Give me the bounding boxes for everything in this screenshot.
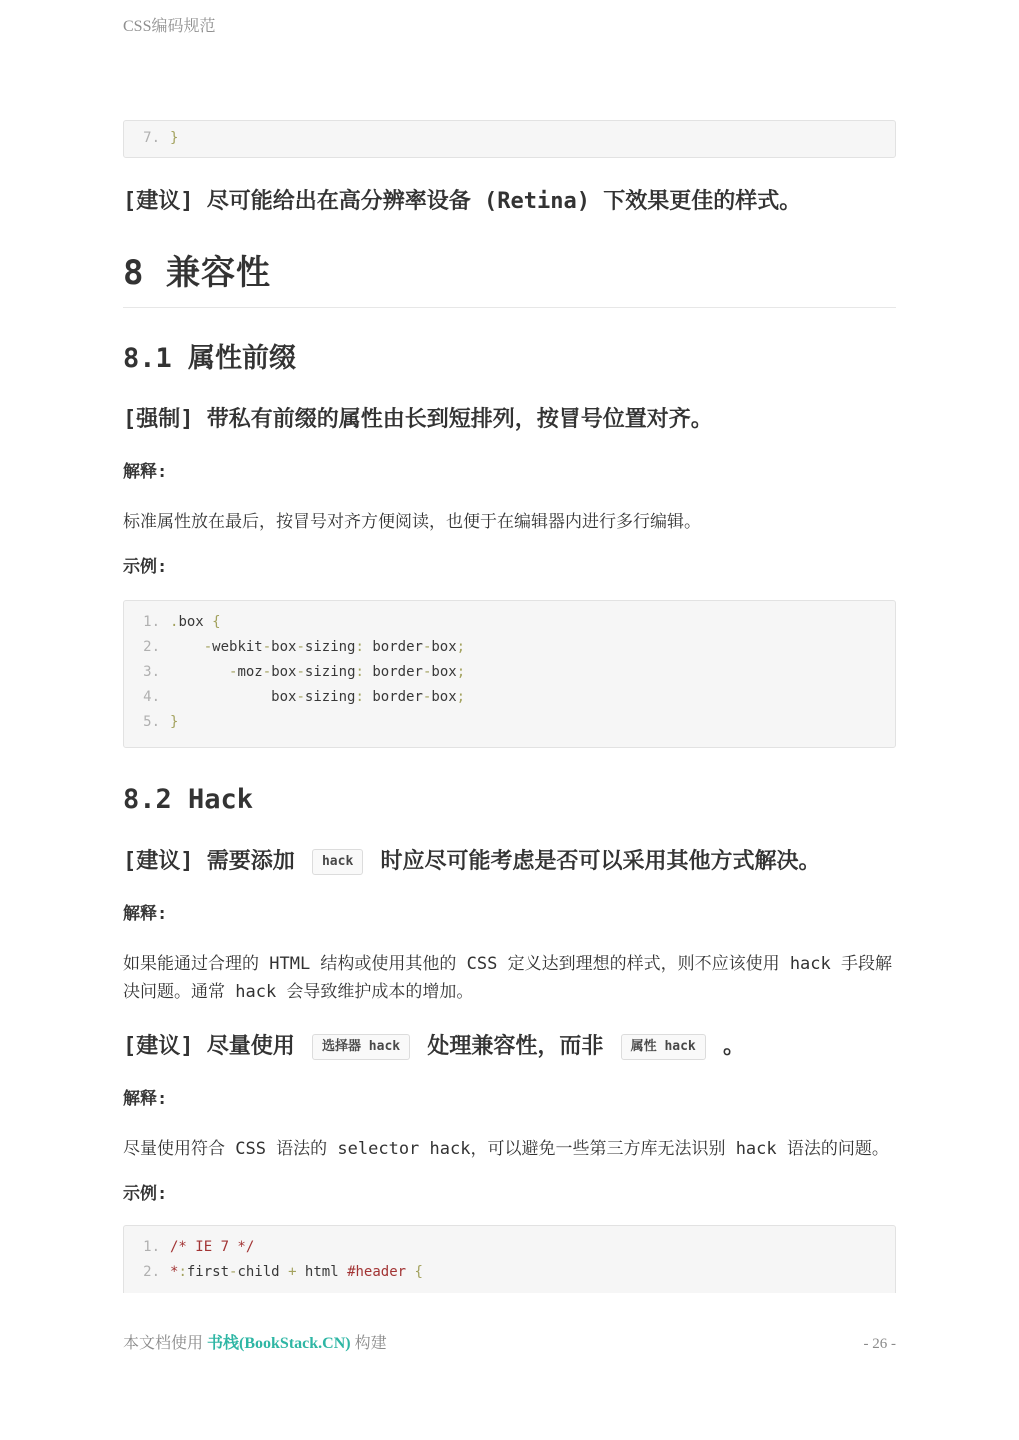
section-heading-prefix: 8.1 属性前缀: [123, 344, 896, 373]
rule-heading-retina: [建议] 尽可能给出在高分辨率设备 (Retina) 下效果更佳的样式。: [123, 188, 896, 216]
page-number: - 26 -: [864, 1336, 897, 1353]
line-number: 7.: [136, 126, 160, 151]
footer-build-note: 本文档使用 书栈(BookStack.CN) 构建: [123, 1330, 387, 1353]
inline-code-badge: 选择器 hack: [312, 1034, 410, 1060]
example-label: 示例:: [123, 556, 896, 578]
code-line: 5.}: [136, 710, 883, 735]
code-text: }: [170, 714, 178, 730]
rule-heading-hack: [建议] 需要添加 hack 时应尽可能考虑是否可以采用其他方式解决。: [123, 848, 896, 876]
chapter-heading: 8 兼容性: [123, 254, 896, 308]
code-line: 1./* IE 7 */: [136, 1235, 883, 1260]
line-number: 2.: [136, 635, 160, 660]
document-page: CSS编码规范 7.} [建议] 尽可能给出在高分辨率设备 (Retina) 下…: [0, 0, 1019, 1440]
rule-text: 。: [710, 1034, 745, 1059]
document-content: 7.} [建议] 尽可能给出在高分辨率设备 (Retina) 下效果更佳的样式。…: [123, 0, 896, 1293]
code-line: 1..box {: [136, 610, 883, 635]
code-text: .box {: [170, 614, 221, 630]
rule-heading-selector-hack: [建议] 尽量使用 选择器 hack 处理兼容性，而非 属性 hack 。: [123, 1033, 896, 1061]
explain-label: 解释:: [123, 903, 896, 925]
line-number: 1.: [136, 1235, 160, 1260]
code-text: }: [170, 130, 178, 146]
footer-text: 构建: [351, 1335, 387, 1352]
code-text: box-sizing: border-box;: [170, 689, 465, 705]
paragraph-selector-explain: 尽量使用符合 CSS 语法的 selector hack，可以避免一些第三方库无…: [123, 1135, 896, 1163]
code-line: 2. -webkit-box-sizing: border-box;: [136, 635, 883, 660]
line-number: 2.: [136, 1260, 160, 1285]
rule-text: [建议] 需要添加: [123, 849, 308, 874]
code-text: /* IE 7 */: [170, 1239, 254, 1255]
code-line: 7.}: [136, 126, 883, 151]
code-text: -moz-box-sizing: border-box;: [170, 664, 465, 680]
footer-text: 本文档使用: [123, 1335, 207, 1352]
line-number: 5.: [136, 710, 160, 735]
example-label: 示例:: [123, 1183, 896, 1205]
code-block-ie-hack: 1./* IE 7 */2.*:first-child + html #head…: [123, 1225, 896, 1293]
code-block-box-sizing: 1..box {2. -webkit-box-sizing: border-bo…: [123, 600, 896, 748]
bookstack-link[interactable]: 书栈(BookStack.CN): [207, 1335, 351, 1352]
rule-text: [建议] 尽量使用: [123, 1034, 308, 1059]
page-footer: 本文档使用 书栈(BookStack.CN) 构建 - 26 -: [123, 1330, 896, 1353]
section-heading-hack: 8.2 Hack: [123, 785, 896, 814]
code-text: *:first-child + html #header {: [170, 1264, 423, 1280]
explain-label: 解释:: [123, 1088, 896, 1110]
code-line: 4. box-sizing: border-box;: [136, 685, 883, 710]
line-number: 3.: [136, 660, 160, 685]
rule-text: 时应尽可能考虑是否可以采用其他方式解决。: [367, 849, 820, 874]
code-text: -webkit-box-sizing: border-box;: [170, 639, 465, 655]
line-number: 1.: [136, 610, 160, 635]
paragraph-hack-explain: 如果能通过合理的 HTML 结构或使用其他的 CSS 定义达到理想的样式，则不应…: [123, 950, 896, 1006]
paragraph-prefix-explain: 标准属性放在最后，按冒号对齐方便阅读，也便于在编辑器内进行多行编辑。: [123, 508, 896, 536]
code-block-continuation: 7.}: [123, 120, 896, 158]
line-number: 4.: [136, 685, 160, 710]
rule-text: 处理兼容性，而非: [414, 1034, 617, 1059]
code-line: 3. -moz-box-sizing: border-box;: [136, 660, 883, 685]
code-line: 2.*:first-child + html #header {: [136, 1260, 883, 1285]
inline-code-badge: hack: [312, 849, 363, 875]
inline-code-badge: 属性 hack: [621, 1034, 706, 1060]
rule-heading-prefix-order: [强制] 带私有前缀的属性由长到短排列，按冒号位置对齐。: [123, 406, 896, 434]
explain-label: 解释:: [123, 461, 896, 483]
